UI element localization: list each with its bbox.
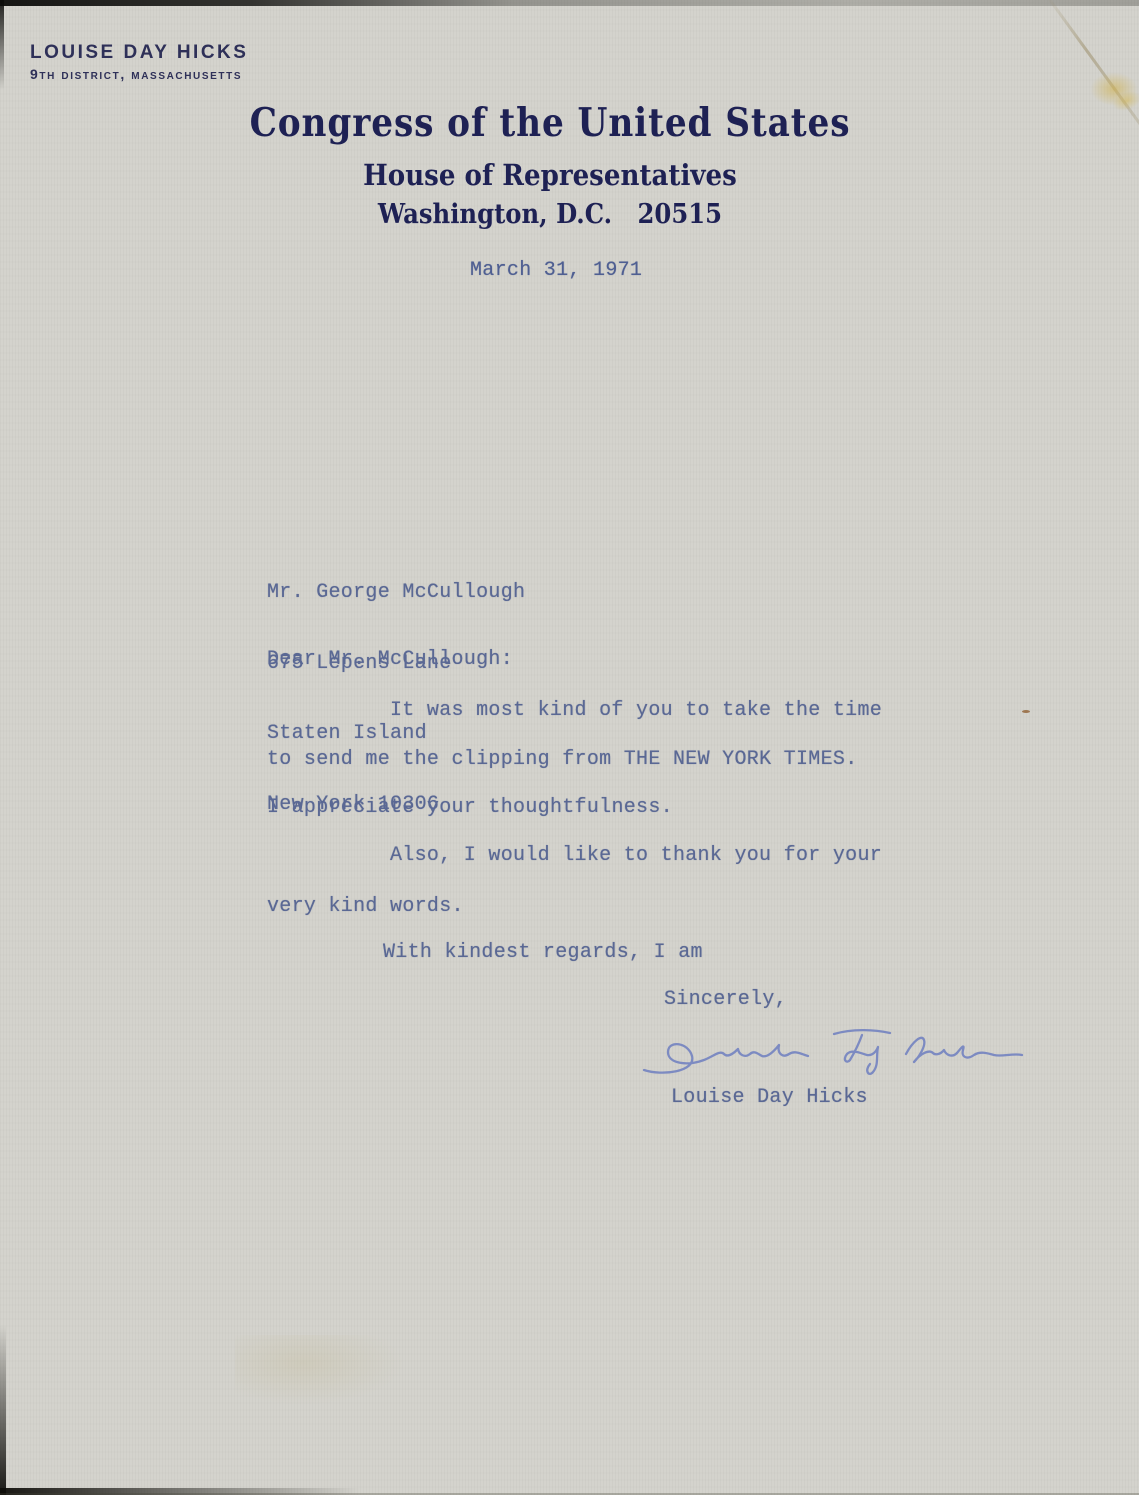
body-line: With kindest regards, I am <box>383 941 703 964</box>
paper-stain <box>235 1335 405 1405</box>
body-line: to send me the clipping from THE NEW YOR… <box>267 748 858 771</box>
scan-edge-left-bottom <box>0 1325 6 1495</box>
masthead-house-line: House of Representatives <box>55 158 1045 192</box>
letterhead-member-district: 9TH DISTRICT, MASSACHUSETTS <box>30 66 248 82</box>
scan-edge-left-top <box>0 0 4 90</box>
scanned-letter-page: LOUISE DAY HICKS 9TH DISTRICT, MASSACHUS… <box>0 0 1139 1495</box>
body-line: It was most kind of you to take the time <box>390 699 882 722</box>
body-line: I appreciate your thoughtfulness. <box>267 796 673 819</box>
salutation-line: Dear Mr. McCullough: <box>267 648 513 671</box>
recipient-city-line: Staten Island <box>267 722 525 746</box>
recipient-name-line: Mr. George McCullough <box>267 581 525 605</box>
letter-date: March 31, 1971 <box>470 259 642 282</box>
letterhead-member-name: LOUISE DAY HICKS <box>30 42 248 64</box>
masthead-city-zip-line: Washington, D.C. 20515 <box>55 199 1045 230</box>
scan-edge-top <box>0 0 1139 6</box>
body-line: very kind words. <box>267 895 464 918</box>
signature-script <box>638 1008 1028 1086</box>
paper-speck <box>1022 710 1030 713</box>
body-line: Also, I would like to thank you for your <box>390 844 882 867</box>
letterhead-member-block: LOUISE DAY HICKS 9TH DISTRICT, MASSACHUS… <box>30 42 248 82</box>
masthead-congress-line: Congress of the United States <box>66 100 1034 146</box>
typed-signature-name: Louise Day Hicks <box>671 1086 868 1109</box>
